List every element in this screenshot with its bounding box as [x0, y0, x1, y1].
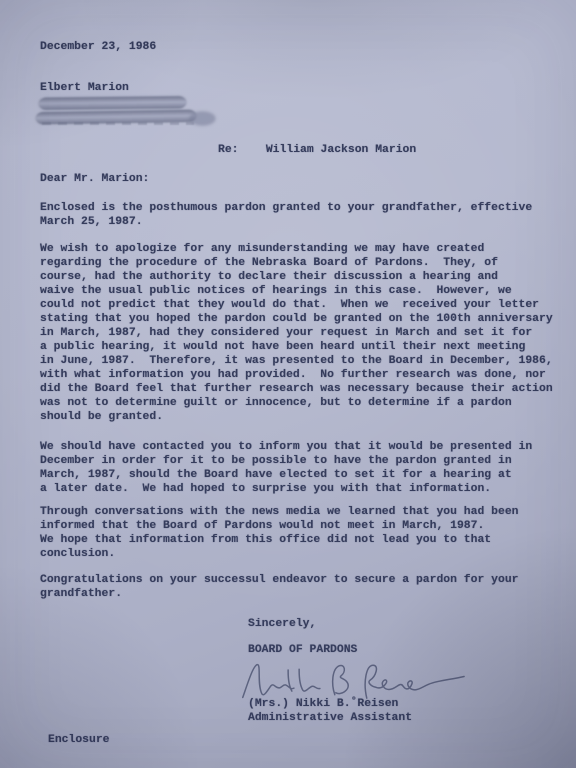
body-paragraph-2: We wish to apologize for any misundersta…	[40, 242, 553, 424]
date-line: December 23, 1986	[40, 40, 156, 54]
letter-photo: December 23, 1986 Elbert Marion Re: Will…	[0, 0, 576, 768]
salutation: Dear Mr. Marion:	[40, 172, 149, 186]
reference-line: Re: William Jackson Marion	[218, 143, 416, 157]
redaction-mark-line-1	[39, 96, 186, 110]
recipient-name: Elbert Marion	[40, 81, 129, 95]
redaction-mark-blob	[190, 112, 215, 125]
body-paragraph-3: We should have contacted you to inform y…	[40, 440, 532, 496]
handwritten-signature	[236, 654, 477, 707]
redaction-mark-line-2	[36, 110, 196, 125]
enclosure-note: Enclosure	[48, 733, 110, 747]
body-paragraph-1: Enclosed is the posthumous pardon grante…	[40, 201, 532, 229]
closing: Sincerely,	[248, 617, 316, 631]
signer-title: Administrative Assistant	[248, 711, 412, 725]
body-paragraph-4: Through conversations with the news medi…	[40, 505, 519, 561]
body-paragraph-5: Congratulations on your successul endeav…	[40, 573, 519, 601]
